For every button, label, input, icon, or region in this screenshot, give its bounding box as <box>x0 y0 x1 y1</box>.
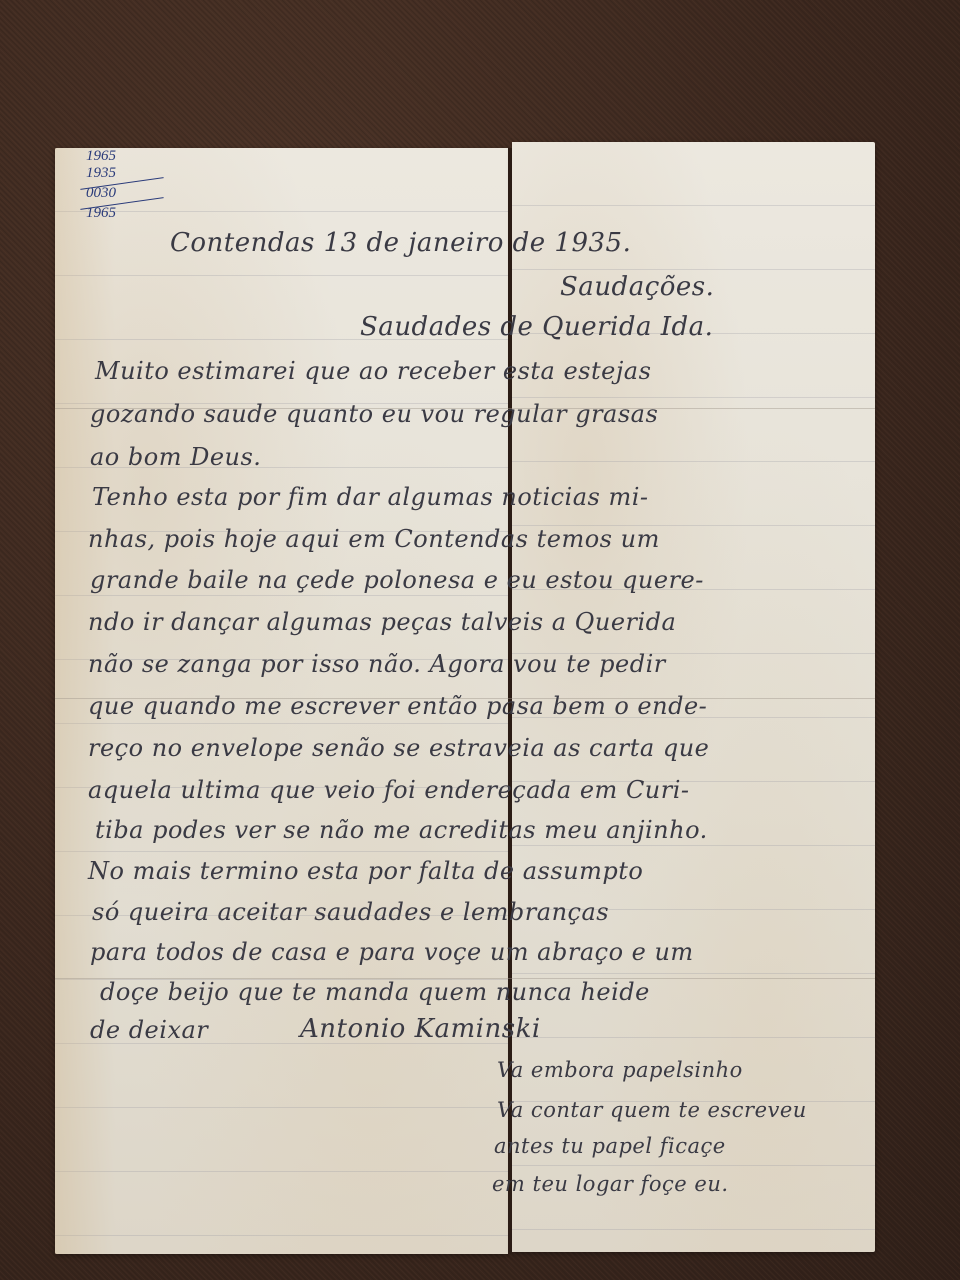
body-line: ao bom Deus. <box>90 443 261 471</box>
body-line: de deixar <box>90 1016 208 1044</box>
body-line: Muito estimarei que ao receber esta este… <box>95 357 651 385</box>
body-line: Tenho esta por fim dar algumas noticias … <box>92 483 649 511</box>
body-line: reço no envelope senão se estraveia as c… <box>88 734 709 762</box>
calc-line: 1965 <box>80 148 164 165</box>
place-date: Contendas 13 de janeiro de 1935. <box>170 228 631 258</box>
verse-line: Va embora papelsinho <box>497 1058 743 1082</box>
body-line: nhas, pois hoje aqui em Contendas temos … <box>88 525 660 553</box>
verse-line: Va contar quem te escreveu <box>497 1098 807 1122</box>
body-line: não se zanga por isso não. Agora vou te … <box>88 650 666 678</box>
body-line: que quando me escrever então pasa bem o … <box>88 692 707 720</box>
body-line: só queira aceitar saudades e lembranças <box>92 898 609 926</box>
body-line: doçe beijo que te manda quem nunca heide <box>100 978 650 1006</box>
body-line: No mais termino esta por falta de assump… <box>88 857 643 885</box>
body-line: gozando saude quanto eu vou regular gras… <box>90 400 658 428</box>
body-line: ndo ir dançar algumas peças talveis a Qu… <box>88 608 676 636</box>
signature: Antonio Kaminski <box>300 1014 541 1044</box>
verse-line: em teu logar foçe eu. <box>492 1172 729 1196</box>
body-line: grande baile na çede polonesa e eu estou… <box>90 566 704 594</box>
body-line: tiba podes ver se não me acreditas meu a… <box>95 816 708 844</box>
verse-line: antes tu papel ficaçe <box>494 1134 726 1158</box>
body-line: para todos de casa e para voçe um abraço… <box>90 938 694 966</box>
greeting: Saudações. <box>560 272 714 302</box>
salutation: Saudades de Querida Ida. <box>360 312 713 342</box>
margin-calculation: 1965 1935 0030 1965 <box>80 148 164 222</box>
body-line: aquela ultima que veio foi endereçada em… <box>88 776 690 804</box>
